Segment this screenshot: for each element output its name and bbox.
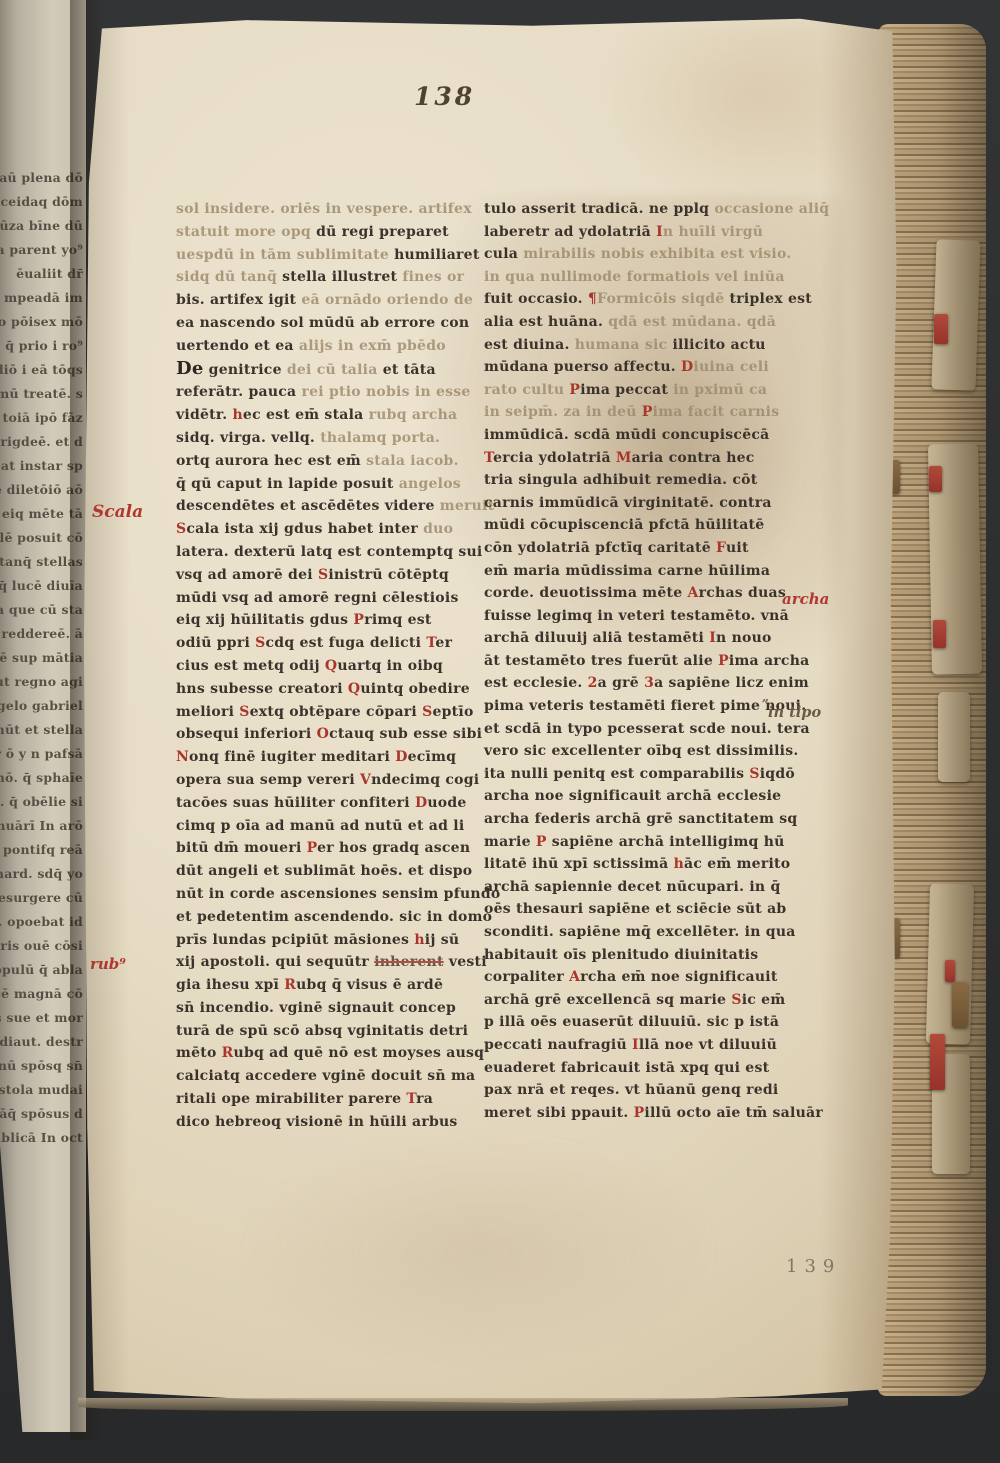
text-line: referātr. pauca rei ptio nobis in esse <box>176 381 454 404</box>
text-line: sconditi. sapiēne mq̄ excellēter. in qua <box>484 921 784 944</box>
margin-note-in-tipo: in tipo <box>768 704 821 721</box>
text-line: bitū dm̄ moueri Per hos gradq ascen <box>176 837 454 860</box>
text-line: archā grē excellencā sq marie Sic em̄ <box>484 989 784 1012</box>
red-bookmark-tab <box>933 620 946 648</box>
margin-note-rubus: rub⁹ <box>90 955 126 973</box>
text-line: archa noe significauit archā ecclesie <box>484 785 784 808</box>
text-line: corde. deuotissima mēte Archas duas <box>484 582 784 605</box>
text-line: dico hebreoq visionē in hūili arbus <box>176 1111 454 1134</box>
text-line: mūdi vsq ad amorē regni cēlestiois <box>176 587 454 610</box>
text-line: est ecclesie. 2a grē 3a sapiēne licz eni… <box>484 672 784 695</box>
text-line: calciatq accedere vginē docuit sn̄ ma <box>176 1065 454 1088</box>
text-line: latera. dexterū latq est contemptq sui <box>176 541 454 564</box>
page-bottom-edge <box>78 1398 848 1411</box>
red-bookmark-tab <box>945 960 955 982</box>
margin-note-archa: archa <box>782 590 829 608</box>
text-line: vidētr. hec est em̄ stala rubq archa <box>176 404 454 427</box>
right-text-column: tulo asserit tradicā. ne pplq occasione … <box>484 198 784 1124</box>
text-line: uespdū in tām sublimitate humiliaret <box>176 244 454 267</box>
text-line: ortq aurora hec est em̄ stala iacob. <box>176 450 454 473</box>
text-line: cius est metq odij Quartq in oibq <box>176 655 454 678</box>
page-stamp-number: 139 <box>786 1256 841 1277</box>
text-line: vero sic excellenter oībq est dissimilis… <box>484 740 784 763</box>
text-line: et pedetentim ascendendo. sic in domo <box>176 906 454 929</box>
text-line: cimq p oīa ad manū ad nutū et ad li <box>176 815 454 838</box>
text-line: sidq. virga. vellq. thalamq porta. <box>176 427 454 450</box>
left-text-column: sol insidere. oriēs in vespere. artifexs… <box>176 198 454 1134</box>
text-line: q̄ qū caput in lapide posuit angelos <box>176 473 454 496</box>
text-line: fuit occasio. ¶Formicōis siqdē triplex e… <box>484 288 784 311</box>
text-line: De genitrice dei cū talia et tāta <box>176 358 454 382</box>
text-line: in qua nullimode formatiois vel iniūa <box>484 266 784 289</box>
text-line: peccati naufragiū Illā noe vt diluuiū <box>484 1034 784 1057</box>
text-line: cōn ydolatriā pfctīq caritatē Fuit <box>484 537 784 560</box>
red-bookmark-tab <box>929 466 942 492</box>
red-bookmark-tab <box>934 314 948 344</box>
text-line: alia est huāna. qdā est mūdana. qdā <box>484 311 784 334</box>
margin-note-ditto-mark: „ <box>762 690 769 704</box>
text-line: eiq xij hūilitatis gdus Primq est <box>176 609 454 632</box>
text-line: laberetr ad ydolatriā In huīli virgū <box>484 221 784 244</box>
text-line: et scdā in typo pcesserat scde noui. ter… <box>484 718 784 741</box>
text-line: prīs lundas pcipiūt māsiones hij sū <box>176 929 454 952</box>
text-line: est diuina. humana sic illicito actu <box>484 334 784 357</box>
text-line: corpaliter Archa em̄ noe significauit <box>484 966 784 989</box>
text-line: obsequi inferiori Octauq sub esse sibi <box>176 723 454 746</box>
text-line: em̄ maria mūdissima carne hūilima <box>484 560 784 583</box>
text-line: xij apostoli. qui sequūtr inherent vesti <box>176 951 454 974</box>
text-line: Tercia ydolatriā Maria contra hec <box>484 447 784 470</box>
page-right-shading <box>820 16 898 1406</box>
text-line: immūdicā. scdā mūdi concupiscēcā <box>484 424 784 447</box>
text-line: Nonq finē iugiter meditari Decīmq <box>176 746 454 769</box>
text-line: carnis immūdicā virginitatē. contra <box>484 492 784 515</box>
text-line: cula mirabilis nobis exhibita est visio. <box>484 243 784 266</box>
text-line: litatē ihū xpī sctissimā hāc em̄ merito <box>484 853 784 876</box>
text-line: sidq dū tanq̄ stella illustret fines or <box>176 266 454 289</box>
text-line: ritali ope mirabiliter parere Tra <box>176 1088 454 1111</box>
text-line: archā sapiennie decet nūcupari. in q̄ <box>484 876 784 899</box>
text-line: mūdana puerso affectu. Diuina celi <box>484 356 784 379</box>
text-line: p illā oēs euaserūt diluuiū. sic p istā <box>484 1011 784 1034</box>
manuscript-photo: aū plena dōulceidaq dōmnatūza bīne dūea … <box>0 0 1000 1463</box>
text-line: gia ihesu xpī Rubq q̄ visus ē ardē <box>176 974 454 997</box>
text-line: marie P sapiēne archā intelligimq hū <box>484 831 784 854</box>
margin-note-scala: Scala <box>92 502 143 522</box>
text-line: uertendo et ea alijs in exm̄ pbēdo <box>176 335 454 358</box>
text-line: Scala ista xij gdus habet inter duo <box>176 518 454 541</box>
text-line: rato cultu Pima peccat in pximū ca <box>484 379 784 402</box>
text-line: tacōes suas hūiliter confiteri Duode <box>176 792 454 815</box>
text-line: fuisse legimq in veteri testamēto. vnā <box>484 605 784 628</box>
text-line: euaderet fabricauit istā xpq qui est <box>484 1057 784 1080</box>
stain <box>244 1136 714 1366</box>
text-line: meret sibi ppauit. Pillū octo aīe tm̄ sa… <box>484 1102 784 1125</box>
text-line: odiū ppri Scdq est fuga delicti Ter <box>176 632 454 655</box>
text-line: turā de spū scō absq vginitatis detri <box>176 1020 454 1043</box>
text-line: hns subesse creatori Quintq obedire <box>176 678 454 701</box>
text-line: in seipm̄. za in deū Pima facit carnis <box>484 401 784 424</box>
text-line: statuit more opq dū regi preparet <box>176 221 454 244</box>
text-line: vsq ad amorē dei Sinistrū cōtēptq <box>176 564 454 587</box>
text-line: mēto Rubq ad quē nō est moyses ausq <box>176 1042 454 1065</box>
text-line: archā diluuij aliā testamēti In nouo <box>484 627 784 650</box>
text-line: opera sua semp vereri Vndecimq cogi <box>176 769 454 792</box>
text-line: ita nulli penitq est comparabilis Siqdō <box>484 763 784 786</box>
text-line: meliori Sextq obtēpare cōpari Septīo <box>176 701 454 724</box>
text-line: tria singula adhibuit remedia. cōt <box>484 469 784 492</box>
text-line: oēs thesauri sapiēne et sciēcie sūt ab <box>484 898 784 921</box>
text-line: ea nascendo sol mūdū ab errore con <box>176 312 454 335</box>
text-line: pax nrā et reqes. vt hūanū genq redi <box>484 1079 784 1102</box>
red-bookmark-tab <box>930 1034 945 1090</box>
page-left-shading <box>84 16 130 1406</box>
text-line: habitauit oīs plenitudo diuinitatis <box>484 944 784 967</box>
text-line: bis. artifex igit eā ornādo oriendo de <box>176 289 454 312</box>
text-line: dūt angeli et sublimāt hoēs. et dispo <box>176 860 454 883</box>
text-line: archa federis archā grē sanctitatem sq <box>484 808 784 831</box>
text-line: āt testamēto tres fuerūt alie Pima archa <box>484 650 784 673</box>
text-line: sol insidere. oriēs in vespere. artifex <box>176 198 454 221</box>
text-line: sn̄ incendio. vginē signauit concep <box>176 997 454 1020</box>
leather-tab <box>952 982 968 1028</box>
text-line: mūdi cōcupiscenciā pfctā hūilitatē <box>484 514 784 537</box>
text-line: pima veteris testamēti fieret pime noui. <box>484 695 784 718</box>
text-line: descendētes et ascēdētes videre meruit <box>176 495 454 518</box>
text-line: tulo asserit tradicā. ne pplq occasione … <box>484 198 784 221</box>
folio-number: 138 <box>414 82 475 111</box>
text-line: nūt in corde ascensiones sensim pfundo <box>176 883 454 906</box>
